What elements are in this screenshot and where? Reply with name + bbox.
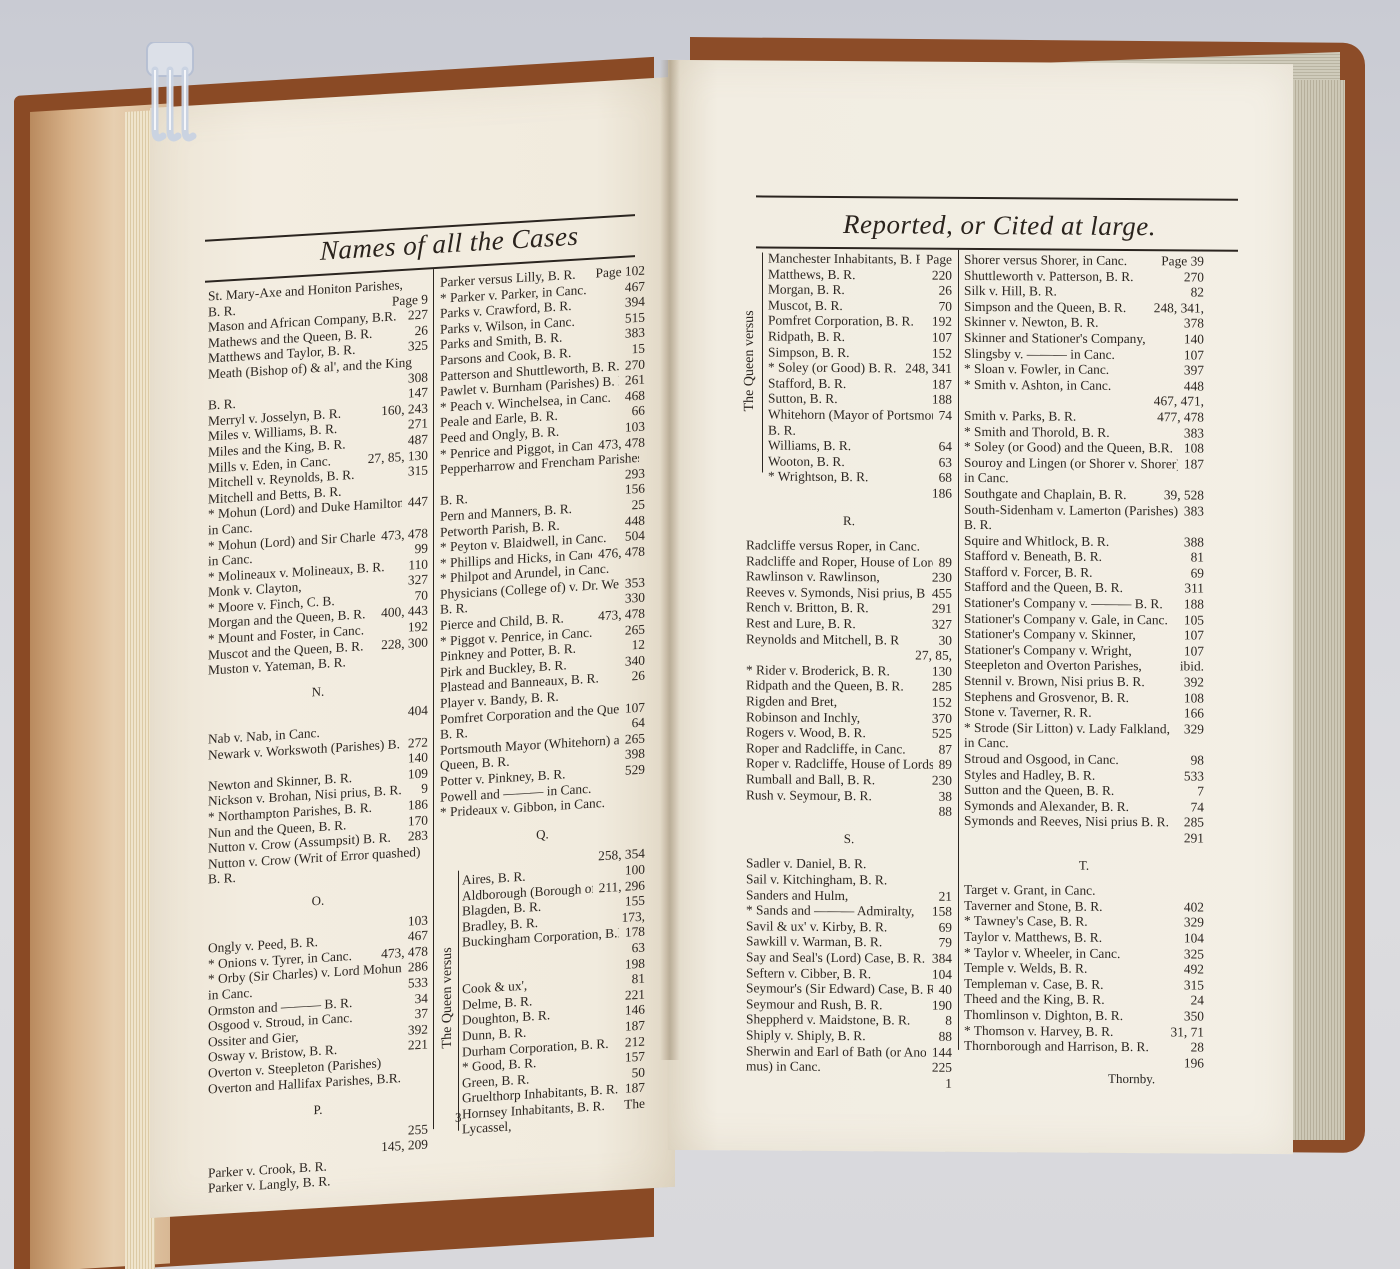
index-entry: Shuttleworth v. Patterson, B. R.270 [964,267,1204,284]
page-number: 70 [933,298,952,314]
index-entry: 1 [746,1074,952,1091]
page-number: 212 [619,1033,645,1050]
case-name: Thomlinson v. Dighton, B. R. [964,1007,1123,1024]
page-number: 103 [619,419,645,436]
signature-mark: 3 [455,1109,462,1125]
page-number: 188 [1178,596,1204,612]
right-page: Reported, or Cited at large. The Queen v… [668,60,1293,1154]
page-number: 327 [402,572,428,589]
page-number [946,423,952,439]
case-name: * Tawney's Case, B. R. [964,913,1088,929]
index-entry: Radcliffe versus Roper, in Canc. [746,537,952,554]
case-name: Radcliffe versus Roper, in Canc. [746,537,920,554]
page-number: 248, 341 [899,361,952,377]
case-name: Stationer's Company v. ——— B. R. [964,595,1163,612]
index-entry: Southgate and Chaplain, B. R.39, 528 [964,486,1204,503]
heading-rule-top [756,195,1238,200]
left-column-2: Parker versus Lilly, B. R.Page 102* Park… [440,263,645,1139]
page-number: 107 [619,699,645,716]
page-number: 186 [926,486,952,502]
index-entry: Temple v. Welds, B. R.492 [964,960,1204,977]
index-entry: Stone v. Taverner, R. R.166 [964,704,1204,721]
index-entry: Stafford and the Queen, B. R.311 [964,579,1204,596]
page-number: 340 [619,652,645,669]
index-entry: Say and Seal's (Lord) Case, B. R.384 [746,949,952,966]
page-number: 99 [409,541,428,558]
page-number: 383 [1178,425,1204,441]
index-entry: * Sands and ——— Admiralty,158 [746,903,952,920]
case-name: * Strode (Sir Litton) v. Lady Falkland, [964,720,1170,737]
case-name: Stone v. Taverner, R. R. [964,704,1092,720]
page-number: 8 [939,1013,952,1029]
page-number: 404 [402,703,428,720]
index-entry: B. R. [964,517,1204,534]
index-entry: Rawlinson v. Rawlinson,230 [746,569,952,586]
page-number: 107 [1178,347,1204,363]
case-name: Stephens and Grosvenor, B. R. [964,689,1129,706]
page-number: 63 [626,940,645,957]
case-name: Souroy and Lingen (or Shorer v. Shorer) [964,455,1178,472]
index-entry: Sutton and the Queen, B. R.7 [964,782,1204,799]
section-letter: S. [746,830,952,847]
index-entry: Seymour's (Sir Edward) Case, B. R.40 [746,980,952,997]
case-name: Stafford, B. R. [768,375,846,391]
case-name: Lycassel, [462,1119,511,1138]
page-number: 272 [402,734,428,751]
index-entry: Reynolds and Mitchell, B. R30 [746,631,952,648]
case-name: Rigden and Bret, [746,693,837,709]
page-number: 146 [619,1002,645,1019]
index-entry: in Canc. [964,735,1204,752]
index-entry: Theed and the King, B. R.24 [964,991,1204,1008]
case-name: Squire and Whitlock, B. R. [964,533,1109,550]
page-number: 108 [1178,690,1204,706]
case-name: * Wrightson, B. R. [768,469,868,485]
case-name: Roper v. Radcliffe, House of Lords, [746,756,933,773]
case-name: Simpson and the Queen, B. R. [964,299,1126,316]
page-number: 89 [933,757,952,773]
page-number: 198 [619,955,645,972]
index-entry: Muscot, B. R.70 [768,297,952,314]
page-number: 467 [402,928,428,945]
page-number: 104 [926,966,952,982]
page-number: 325 [1178,946,1204,962]
page-number: 270 [619,356,645,373]
case-name: * Smith and Thorold, B. R. [964,423,1110,440]
case-name: B. R. [208,396,236,413]
case-name: Rench v. Britton, B. R. [746,600,869,616]
page-number: 1 [939,1075,952,1091]
page-number: 21 [933,888,952,904]
page-number: 192 [926,314,952,330]
case-name: Sherwin and Earl of Bath (or Anony- [746,1043,926,1060]
index-entry: mus) in Canc.225 [746,1058,952,1075]
index-entry: Slingsby v. ——— in Canc.107 [964,345,1204,362]
case-name: Say and Seal's (Lord) Case, B. R. [746,949,925,966]
page-number: 467 [619,278,645,295]
page-number: 15 [626,341,645,358]
case-name: * Sloan v. Fowler, in Canc. [964,361,1109,378]
case-name: Stationer's Company v. Wright, [964,642,1132,659]
page-number: 81 [1185,550,1204,566]
case-name: B. R. [440,725,468,742]
index-entry: Simpson, B. R.152 [768,344,952,361]
case-name: mus) in Canc. [746,1058,821,1074]
case-name: * Rider v. Broderick, B. R. [746,662,890,679]
case-name: Seymour's (Sir Edward) Case, B. R. [746,980,933,997]
page-number: 109 [402,765,428,782]
page-number: 88 [933,1029,952,1045]
page-number: 157 [619,1049,645,1066]
index-entry: Manchester Inhabitants, B. R.Page [768,251,952,268]
case-name: Seftern v. Cibber, B. R. [746,965,871,981]
index-entry: Skinner v. Newton, B. R.378 [964,314,1204,331]
index-entry: Reeves v. Symonds, Nisi prius, B. R.455 [746,584,952,601]
page-number: 108 [1178,441,1204,457]
case-name: Slingsby v. ——— in Canc. [964,345,1115,362]
page-number [639,684,645,700]
case-name: Reeves v. Symonds, Nisi prius, B. R. [746,584,926,601]
page-number: 329 [1178,915,1204,931]
case-name: Rawlinson v. Rawlinson, [746,569,880,586]
index-entry: Roper and Radcliffe, in Canc.87 [746,740,952,757]
page-number: 74 [933,408,952,424]
page-number: 187 [619,1080,645,1097]
page-number: 392 [402,1021,428,1038]
index-entry: 291 [964,829,1204,846]
brace [762,252,763,472]
page-number: 196 [1178,1055,1204,1071]
page-number: 26 [409,322,428,339]
index-entry: Wooton, B. R.63 [768,453,952,470]
case-name: B. R. [208,870,236,887]
page-number: 130 [926,663,952,679]
index-entry: Savil & ux' v. Kirby, B. R.69 [746,918,952,935]
index-entry: Stephens and Grosvenor, B. R.108 [964,689,1204,706]
page-number: 221 [619,986,645,1003]
page-number: 69 [1185,565,1204,581]
case-name: Shuttleworth v. Patterson, B. R. [964,267,1134,284]
case-name: Symonds and Alexander, B. R. [964,798,1129,815]
page-number: 398 [619,746,645,763]
page-number: 104 [1178,930,1204,946]
index-entry: Robinson and Inchly,370 [746,709,952,726]
index-entry: Rumball and Ball, B. R.230 [746,771,952,788]
case-name: Wooton, B. R. [768,453,845,469]
page-number: 140 [402,750,428,767]
page-number [1198,472,1204,488]
page-number: 529 [619,762,645,779]
page-number: 64 [933,439,952,455]
page-number [422,353,428,369]
case-name: Smith v. Parks, B. R. [964,408,1076,424]
index-entry: 196 [964,1054,1204,1071]
index-entry: Ridpath and the Queen, B. R.285 [746,678,952,695]
page-number: 308 [402,369,428,386]
queen-versus-label: The Queen versus [742,310,758,411]
page-number [422,859,428,875]
page-number: 103 [402,912,428,929]
page-number: 315 [402,463,428,480]
case-name: Robinson and Inchly, [746,709,860,725]
index-entry: Stationer's Company v. Wright,107 [964,642,1204,659]
page-number: 230 [926,773,952,789]
index-entry: * Smith and Thorold, B. R.383 [964,423,1204,440]
page-number: 327 [926,617,952,633]
page-number: 25 [626,496,645,513]
page-number: 24 [1185,993,1204,1009]
page-number: 107 [1178,628,1204,644]
right-column-1: The Queen versusManchester Inhabitants, … [746,250,952,1091]
page-number: 330 [619,590,645,607]
page-number: 383 [619,325,645,342]
page-number: 291 [926,601,952,617]
page-number: 31, 71 [1165,1024,1204,1040]
page-number: 225 [926,1060,952,1076]
case-name: Theed and the King, B. R. [964,991,1105,1008]
case-name: B. R. [440,601,468,618]
case-name: * Soley (or Good) and the Queen, B.R. [964,439,1173,456]
index-entry: Morgan, B. R.26 [768,282,952,299]
case-name: Muscot, B. R. [768,297,843,313]
case-name: B. R. [768,422,796,438]
index-entry: Stroud and Osgood, in Canc.98 [964,751,1204,768]
case-name: * Sands and ——— Admiralty, [746,903,914,920]
case-name: Shorer versus Shorer, in Canc. [964,252,1127,269]
index-entry: * Rider v. Broderick, B. R.130 [746,662,952,679]
index-entry: Stennil v. Brown, Nisi prius B. R.392 [964,673,1204,690]
page-number: 79 [933,935,952,951]
page-number: 504 [619,528,645,545]
index-entry: Rush v. Seymour, B. R.38 [746,787,952,804]
page-number: 170 [402,812,428,829]
page-number: 455 [926,585,952,601]
page-number: 271 [402,416,428,433]
page-number: 255 [402,1121,428,1138]
page-number: 353 [619,574,645,591]
case-name: Taylor v. Matthews, B. R. [964,929,1102,946]
index-entry: Matthews, B. R.220 [768,266,952,283]
page-number: 178 [619,924,645,941]
page-number: 384 [926,951,952,967]
page-number: ibid. [1174,659,1204,675]
index-entry: Stafford v. Beneath, B. R.81 [964,548,1204,565]
page-number: 261 [619,372,645,389]
case-name: Sanders and Hulm, [746,887,848,903]
page-clip-icon [125,42,235,152]
page-number: 448 [1178,378,1204,394]
index-entry: B. R. [768,422,952,439]
index-entry: in Canc. [964,470,1204,487]
index-entry: Seymour and Rush, B. R.190 [746,996,952,1013]
index-entry: Williams, B. R.64 [768,438,952,455]
page-number: 394 [619,294,645,311]
case-name: Stroud and Osgood, in Canc. [964,751,1119,768]
page-number [639,777,645,793]
page-number: 147 [402,385,428,402]
case-name: Roper and Radcliffe, in Canc. [746,740,906,757]
index-entry: * Taylor v. Wheeler, in Canc.325 [964,944,1204,961]
case-name: Williams, B. R. [768,438,851,454]
index-entry: Symonds and Reeves, Nisi prius B. R.285 [964,813,1204,830]
case-name: Sawkill v. Warman, B. R. [746,934,882,951]
page-number: 39, 528 [1158,487,1204,503]
page-number: 230 [926,570,952,586]
page-number [946,539,952,555]
case-name: Reynolds and Mitchell, B. R [746,631,899,648]
page-number: 63 [933,454,952,470]
index-entry: Smith v. Parks, B. R.477, 478 [964,408,1204,425]
index-entry: Sadler v. Daniel, B. R. [746,856,952,873]
index-entry: Skinner and Stationer's Company,140 [964,330,1204,347]
page-number [422,478,428,494]
index-entry: * Sloan v. Fowler, in Canc.397 [964,361,1204,378]
page-number: 88 [933,804,952,820]
case-name: Radcliffe and Roper, House of Lords, [746,553,933,570]
index-entry: Sail v. Kitchingham, B. R. [746,871,952,888]
page-number: 187 [926,376,952,392]
column-divider [958,250,959,1050]
page-number [639,559,645,575]
page-number: 37 [409,1006,428,1023]
page-number [422,1068,428,1084]
index-entry: Taverner and Stone, B. R.402 [964,898,1204,915]
page-number [422,509,428,525]
page-number: 30 [933,632,952,648]
page-number: 50 [626,1064,645,1081]
index-entry: Styles and Hadley, B. R.533 [964,766,1204,783]
page-number: 26 [626,668,645,685]
case-name: Rush v. Seymour, B. R. [746,787,872,803]
page-number: 74 [1185,799,1204,815]
page-number: 392 [1178,674,1204,690]
index-entry: Rest and Lure, B. R.327 [746,615,952,632]
page-number: 227 [402,307,428,324]
page-number: 293 [619,465,645,482]
index-entry: Radcliffe and Roper, House of Lords,89 [746,553,952,570]
page-number: 397 [1178,363,1204,379]
page-number: 69 [933,919,952,935]
page-number [639,1111,645,1127]
page-number: The [618,1095,645,1112]
page-number: 98 [1185,752,1204,768]
case-name: in Canc. [964,735,1009,751]
page-number: 248, 341, [1148,300,1204,316]
page-number: 107 [926,330,952,346]
case-name: Matthews, B. R. [768,266,855,282]
index-entry: * Soley (or Good) B. R.248, 341 [768,360,952,377]
case-name: Rogers v. Wood, B. R. [746,725,866,741]
page-number: 291 [1178,830,1204,846]
case-name: Ridpath and the Queen, B. R. [746,678,904,695]
page-number: 220 [926,267,952,283]
case-name: Silk v. Hill, B. R. [964,283,1057,299]
section-letter: T. [964,856,1204,873]
queen-versus-label: The Queen versus [440,947,456,1049]
page-number: 12 [626,637,645,654]
index-entry: Stafford v. Forcer, B. R.69 [964,564,1204,581]
page-number: 311 [1178,581,1204,597]
page-number: 26 [933,283,952,299]
catchword: Thornby. [1108,1071,1155,1087]
left-page: Names of all the Cases St. Mary-Axe and … [150,77,675,1218]
case-name: Target v. Grant, in Canc. [964,882,1095,899]
index-entry: Silk v. Hill, B. R.82 [964,283,1204,300]
page-number: 492 [1178,962,1204,978]
index-entry: Rogers v. Wood, B. R.525 [746,725,952,742]
index-entry: Sawkill v. Warman, B. R.79 [746,934,952,951]
page-number: 476, 478 [592,543,645,562]
page-number: 448 [619,512,645,529]
case-name: Stationer's Company v. Skinner, [964,626,1136,643]
index-entry: Ridpath, B. R.107 [768,328,952,345]
index-entry: * Thomson v. Harvey, B. R.31, 71 [964,1022,1204,1039]
case-name: Whitehorn (Mayor of Portsmouth) [768,406,933,423]
page-number: 402 [1178,899,1204,915]
page-number: 107 [1178,643,1204,659]
page-number: 265 [619,730,645,747]
index-entry: Rigden and Bret,152 [746,693,952,710]
section-letter: Q. [440,820,645,848]
case-name: * Smith v. Ashton, in Canc. [964,377,1111,394]
page-number: 140 [1178,331,1204,347]
page-number: 228, 300 [375,634,428,653]
case-name: Southgate and Chaplain, B. R. [964,486,1127,503]
index-entry: Templeman v. Case, B. R.315 [964,976,1204,993]
page-number: 187 [619,1017,645,1034]
page-number: 70 [409,587,428,604]
section-letter: P. [208,1096,428,1125]
index-entry: Sanders and Hulm,21 [746,887,952,904]
page-number: 221 [402,1037,428,1054]
page-number: 158 [926,904,952,920]
case-name: Taverner and Stone, B. R. [964,898,1103,915]
page-number: 370 [926,710,952,726]
page-number [422,275,428,291]
page-number: 329 [1178,721,1204,737]
case-name: Manchester Inhabitants, B. R. [768,251,920,268]
page-number: 315 [1178,977,1204,993]
page-number: 100 [619,862,645,879]
case-name: South-Sidenham v. Lamerton (Parishes) [964,501,1178,518]
page-number: 325 [402,338,428,355]
page-number: 283 [402,828,428,845]
page-number [1198,884,1204,900]
page-number: Page [920,252,952,268]
page-number: 34 [409,990,428,1007]
page-number: 187 [1178,456,1204,472]
page-number: 188 [926,392,952,408]
page-number [1198,519,1204,535]
page-number [639,793,645,809]
brace [458,871,459,1131]
page-number: 467, 471, [1148,394,1204,410]
index-entry: * Smith v. Ashton, in Canc.448 [964,377,1204,394]
page-number: 265 [619,621,645,638]
case-name: Ridpath, B. R. [768,328,845,344]
case-name: Stafford v. Beneath, B. R. [964,548,1102,565]
case-name: Sutton and the Queen, B. R. [964,782,1114,799]
case-name: Rest and Lure, B. R. [746,615,856,631]
page-number: 447 [402,494,428,511]
page-number: 155 [619,893,645,910]
index-entry: * Soley (or Good) and the Queen, B.R.108 [964,439,1204,456]
page-number: 525 [926,726,952,742]
case-name: Skinner v. Newton, B. R. [964,314,1099,331]
index-entry: Stationer's Company v. ——— B. R.188 [964,595,1204,612]
index-entry: Thomlinson v. Dighton, B. R.350 [964,1007,1204,1024]
case-name: in Canc. [964,470,1009,486]
